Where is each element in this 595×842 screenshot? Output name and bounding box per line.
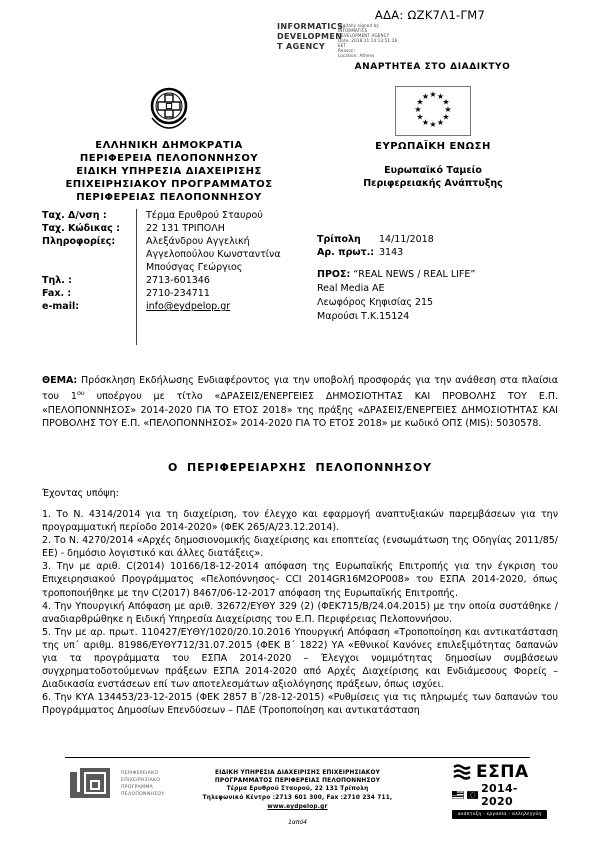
espa-logo-block: ΕΣΠΑ 2014-2020 ανάπτυξη - εργασία - αλλη…: [452, 763, 547, 819]
eu-mini-flag-icon: [467, 791, 479, 799]
contact-label: Ταχ. Δ/νση :: [42, 209, 136, 222]
to-label: ΠΡΟΣ:: [317, 269, 350, 280]
consideration-item: 2. Το Ν. 4270/2014 «Αρχές δημοσιονομικής…: [42, 534, 558, 560]
stamp-agency-line: INFORMATICS: [277, 22, 343, 32]
contact-value: Μπούσγας Γεώργιος: [136, 261, 292, 274]
pep-logo-block: ΠΕΡΙΦΕΡΕΙΑΚΟ ΕΠΙΧΕΙΡΗΣΙΑΚΟ ΠΡΟΓΡΑΜΜΑ ΠΕΛ…: [70, 768, 164, 802]
letterhead-line: ΕΙΔΙΚΗ ΥΠΗΡΕΣΙΑ ΔΙΑΧΕΙΡΙΣΗΣ: [40, 165, 298, 178]
letterhead-line: ΠΕΡΙΦΕΡΕΙΑ ΠΕΛΟΠΟΝΝΗΣΟΥ: [40, 152, 298, 165]
contact-label: Τηλ. :: [42, 274, 136, 287]
contact-value: Αλεξάνδρου Αγγελική: [136, 235, 292, 248]
letterhead-right: ★ ★ ★ ★ ★ ★ ★ ★ ★ ★ ★ ★ ΕΥΡΩΠΑΪΚΗ ΕΝΩΣΗ …: [358, 86, 508, 190]
hellenic-republic-emblem-icon: [142, 80, 196, 134]
document-date: 14/11/2018: [379, 233, 434, 246]
pep-logo-line: ΠΡΟΓΡΑΜΜΑ: [121, 784, 164, 791]
subject-ordinal-suffix: ου: [77, 389, 85, 397]
stamp-agency-line: DEVELOPMEN: [277, 32, 343, 42]
eu-fund-line: Ευρωπαϊκό Ταμείο: [358, 164, 508, 177]
eu-union-title: ΕΥΡΩΠΑΪΚΗ ΕΝΩΣΗ: [358, 141, 508, 152]
protocol-number: 3143: [379, 246, 403, 259]
letterhead-line: ΕΛΛΗΝΙΚΗ ΔΗΜΟΚΡΑΤΙΑ: [40, 139, 298, 152]
signature-detail-line: Location: Athens: [338, 53, 397, 58]
recipient-name: “REAL NEWS / REAL LIFE”: [353, 269, 475, 280]
pep-logo-line: ΠΕΡΙΦΕΡΕΙΑΚΟ: [121, 770, 164, 777]
footer-divider-line: [65, 757, 530, 758]
contact-value: 2710-234711: [136, 287, 292, 300]
svg-text:★: ★: [437, 118, 444, 127]
eu-fund-line: Περιφερειακής Ανάπτυξης: [358, 177, 508, 190]
espa-motto: ανάπτυξη - εργασία - αλληλεγγύη: [452, 810, 547, 819]
contact-label: e-mail:: [42, 300, 136, 313]
contact-divider-line: [136, 209, 137, 345]
subject-label: ΘΕΜΑ:: [42, 375, 77, 386]
consideration-item: 5. Την με αρ. πρωτ. 110427/ΕΥΘΥ/1020/20.…: [42, 626, 558, 691]
subject-paragraph: ΘΕΜΑ: Πρόσκληση Εκδήλωσης Ενδιαφέροντος …: [42, 374, 558, 430]
email-link[interactable]: info@eydpelop.gr: [136, 300, 292, 313]
greek-flag-icon: [452, 791, 464, 799]
contact-value: 22 131 ΤΡΙΠΟΛΗ: [136, 222, 292, 235]
recipient-address: Λεωφόρος Κηφισίας 215: [317, 296, 557, 310]
contact-info-block: Ταχ. Δ/νση : Τέρμα Ερυθρού Σταυρού Ταχ. …: [42, 209, 292, 313]
contact-label: Πληροφορίες:: [42, 235, 136, 248]
subject-text-end: υποέργου με τίτλο «ΔΡΑΣΕΙΣ/ΕΝΕΡΓΕΙΕΣ ΔΗΜ…: [42, 391, 558, 428]
recipient-block: ΠΡΟΣ: “REAL NEWS / REAL LIFE” Real Media…: [317, 268, 557, 324]
contact-label: Fax. :: [42, 287, 136, 300]
stamp-agency-line: T AGENCY: [277, 42, 343, 52]
espa-waves-icon: [452, 763, 474, 781]
footer-agency-line: Τέρμα Ερυθρού Σταυρού, 22 131 Τρίπολη: [190, 785, 405, 793]
consideration-item: 6. Την ΚΥΑ 134453/23-12-2015 (ΦΕΚ 2857 Β…: [42, 691, 558, 717]
signature-detail-line: Date: 2018.11.14 13:51:26: [338, 38, 397, 43]
pep-logo-line: ΕΠΙΧΕΙΡΗΣΙΑΚΟ: [121, 777, 164, 784]
footer-agency-line: Τηλεφωνικό Κέντρο :2713 601 300, Fax :27…: [190, 794, 405, 802]
contact-value: Αγγελοπούλου Κωνσταντίνα: [136, 248, 292, 261]
city-label: Τρίπολη: [317, 233, 379, 246]
considerations-list: 1. Το Ν. 4314/2014 για τη διαχείριση, το…: [42, 508, 558, 718]
svg-text:★: ★: [429, 120, 436, 129]
footer-agency-line: ΕΙΔΙΚΗ ΥΠΗΡΕΣΙΑ ΔΙΑΧΕΙΡΙΣΗΣ ΕΠΙΧΕΙΡΗΣΙΑΚ…: [190, 769, 405, 777]
website-link[interactable]: www.eydpelop.gr: [267, 803, 327, 811]
consideration-item: 4. Την Υπουργική Απόφαση με αριθ. 32672/…: [42, 600, 558, 626]
recipient-company: Real Media AE: [317, 282, 557, 296]
espa-name: ΕΣΠΑ: [476, 763, 529, 781]
issuer-heading: Ο ΠΕΡΙΦΕΡΕΙΑΡΧΗΣ ΠΕΛΟΠΟΝΝΗΣΟΥ: [42, 461, 558, 474]
contact-label: [42, 248, 136, 261]
footer-agency-line: ΠΡΟΓΡΑΜΜΑΤΟΣ ΠΕΡΙΦΕΡΕΙΑΣ ΠΕΛΟΠΟΝΝΗΣΟΥ: [190, 777, 405, 785]
protocol-label: Αρ. πρωτ.:: [317, 246, 379, 259]
consideration-item: 3. Την με αριθ. C(2014) 10166/18-12-2014…: [42, 560, 558, 599]
signature-detail-text: Digitally signed by INFORMATICS DEVELOPM…: [338, 23, 397, 58]
pep-logo-line: ΠΕΛΟΠΟΝΝΗΣΟΥ: [121, 791, 164, 798]
contact-label: [42, 261, 136, 274]
digital-signature-stamp: INFORMATICS DEVELOPMEN T AGENCY: [277, 22, 343, 52]
ada-code: ΑΔΑ: ΩΖΚ7Λ1-ΓΜ7: [300, 8, 560, 22]
svg-text:★: ★: [422, 92, 429, 101]
svg-text:★: ★: [429, 90, 436, 99]
letterhead-line: ΠΕΡΙΦΕΡΕΙΑΣ ΠΕΛΟΠΟΝΝΗΣΟΥ: [40, 191, 298, 204]
contact-value: Τέρμα Ερυθρού Σταυρού: [136, 209, 292, 222]
espa-period: 2014-2020: [481, 782, 547, 808]
pep-logo-icon: [70, 768, 116, 802]
posting-notice: ΑΝΑΡΤΗΤΕΑ ΣΤΟ ΔΙΑΔΙΚΤΥΟ: [330, 62, 535, 72]
letterhead-left: ΕΛΛΗΝΙΚΗ ΔΗΜΟΚΡΑΤΙΑ ΠΕΡΙΦΕΡΕΙΑ ΠΕΛΟΠΟΝΝΗ…: [40, 80, 298, 204]
consideration-item: 1. Το Ν. 4314/2014 για τη διαχείριση, το…: [42, 508, 558, 534]
recipient-city: Μαρούσι Τ.Κ.15124: [317, 310, 557, 324]
reference-block: Τρίπολη 14/11/2018 Αρ. πρωτ.: 3143 ΠΡΟΣ:…: [317, 233, 557, 324]
letterhead-line: ΕΠΙΧΕΙΡΗΣΙΑΚΟΥ ΠΡΟΓΡΑΜΜΑΤΟΣ: [40, 178, 298, 191]
preamble-text: Έχοντας υπόψη:: [42, 488, 119, 499]
contact-value: 2713-601346: [136, 274, 292, 287]
footer-agency-block: ΕΙΔΙΚΗ ΥΠΗΡΕΣΙΑ ΔΙΑΧΕΙΡΙΣΗΣ ΕΠΙΧΕΙΡΗΣΙΑΚ…: [190, 769, 405, 811]
contact-label: Ταχ. Κώδικας :: [42, 222, 136, 235]
page-indicator: 1από4: [0, 819, 595, 826]
eu-flag-icon: ★ ★ ★ ★ ★ ★ ★ ★ ★ ★ ★ ★: [395, 86, 471, 136]
document-page: ΑΔΑ: ΩΖΚ7Λ1-ΓΜ7 INFORMATICS DEVELOPMEN T…: [0, 0, 595, 842]
